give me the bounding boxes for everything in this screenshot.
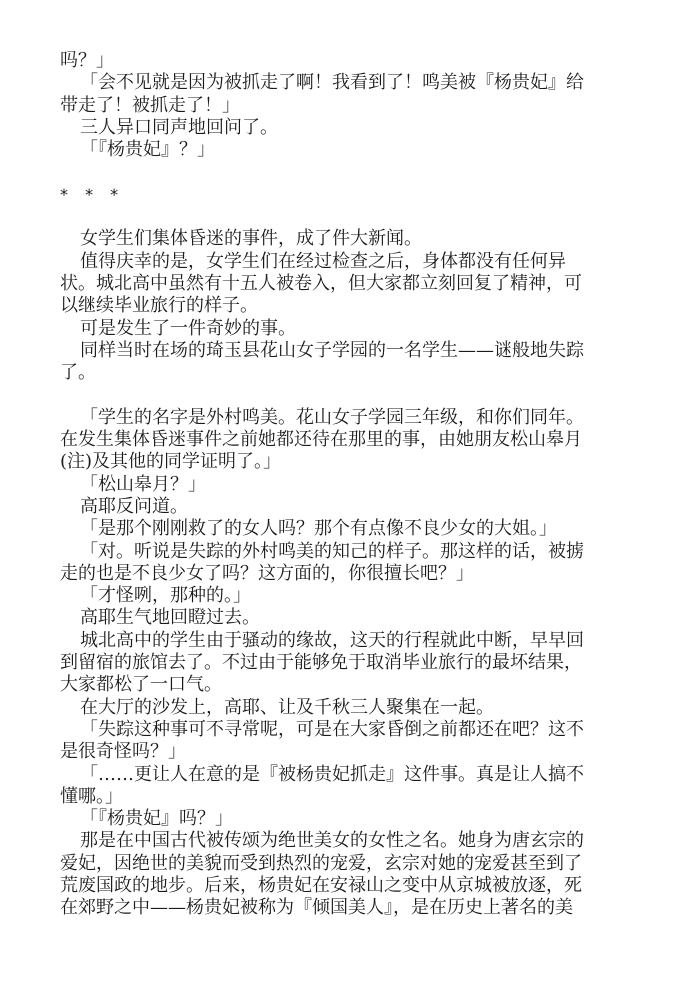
text-line: 状。城北高中虽然有十五人被卷入，但大家都立刻回复了精神，可	[60, 273, 640, 295]
text-line: 可是发生了一件奇妙的事。	[60, 318, 640, 340]
text-line: 「『杨贵妃』吗？」	[60, 808, 640, 830]
text-line: 是很奇怪吗？」	[60, 741, 640, 763]
document-page: 吗？」 「会不见就是因为被抓走了啊！我看到了！鸣美被『杨贵妃』给 带走了！被抓走…	[60, 50, 640, 920]
text-line: 荒废国政的地步。后来，杨贵妃在安禄山之变中从京城被放逐，死	[60, 875, 640, 897]
text-line: 在大厅的沙发上，高耶、让及千秋三人聚集在一起。	[60, 697, 640, 719]
text-line: 到留宿的旅馆去了。不过由于能够免于取消毕业旅行的最坏结果，	[60, 652, 640, 674]
text-line: 吗？」	[60, 50, 640, 72]
section-separator: * * *	[60, 184, 640, 206]
text-line: 「会不见就是因为被抓走了啊！我看到了！鸣美被『杨贵妃』给	[60, 72, 640, 94]
text-line: 大家都松了一口气。	[60, 674, 640, 696]
text-line: 在郊野之中——杨贵妃被称为『倾国美人』，是在历史上著名的美	[60, 897, 640, 919]
text-line: 「『杨贵妃』？」	[60, 139, 640, 161]
text-line: 「松山皋月？」	[60, 474, 640, 496]
text-line: 「学生的名字是外村鸣美。花山女子学园三年级，和你们同年。	[60, 407, 640, 429]
text-line: 高耶生气地回瞪过去。	[60, 607, 640, 629]
blank-line	[60, 161, 640, 183]
text-line: 爱妃，因绝世的美貌而受到热烈的宠爱，玄宗对她的宠爱甚至到了	[60, 853, 640, 875]
text-line: 了。	[60, 362, 640, 384]
text-line: 走的也是不良少女了吗？这方面的，你很擅长吧？」	[60, 563, 640, 585]
text-line: 「是那个刚刚救了的女人吗？那个有点像不良少女的大姐。」	[60, 518, 640, 540]
blank-line	[60, 384, 640, 406]
text-line: 「才怪咧，那种的。」	[60, 585, 640, 607]
text-line: 那是在中国古代被传颂为绝世美女的女性之名。她身为唐玄宗的	[60, 830, 640, 852]
text-line: 女学生们集体昏迷的事件，成了件大新闻。	[60, 228, 640, 250]
text-line: 城北高中的学生由于骚动的缘故，这天的行程就此中断，早早回	[60, 630, 640, 652]
text-line: 同样当时在场的琦玉县花山女子学园的一名学生——谜般地失踪	[60, 340, 640, 362]
text-line: 在发生集体昏迷事件之前她都还待在那里的事，由她朋友松山皋月	[60, 429, 640, 451]
text-line: 「对。听说是失踪的外村鸣美的知己的样子。那这样的话，被掳	[60, 541, 640, 563]
text-line: 高耶反问道。	[60, 496, 640, 518]
text-line: 懂哪。」	[60, 786, 640, 808]
text-line: 「失踪这种事可不寻常呢，可是在大家昏倒之前都还在吧？这不	[60, 719, 640, 741]
text-line: 以继续毕业旅行的样子。	[60, 295, 640, 317]
text-line: (注)及其他的同学证明了。」	[60, 451, 640, 473]
text-line: 「……更让人在意的是『被杨贵妃抓走』这件事。真是让人搞不	[60, 764, 640, 786]
text-line: 值得庆幸的是，女学生们在经过检查之后，身体都没有任何异	[60, 251, 640, 273]
text-line: 带走了！被抓走了！」	[60, 95, 640, 117]
blank-line	[60, 206, 640, 228]
text-line: 三人异口同声地回问了。	[60, 117, 640, 139]
